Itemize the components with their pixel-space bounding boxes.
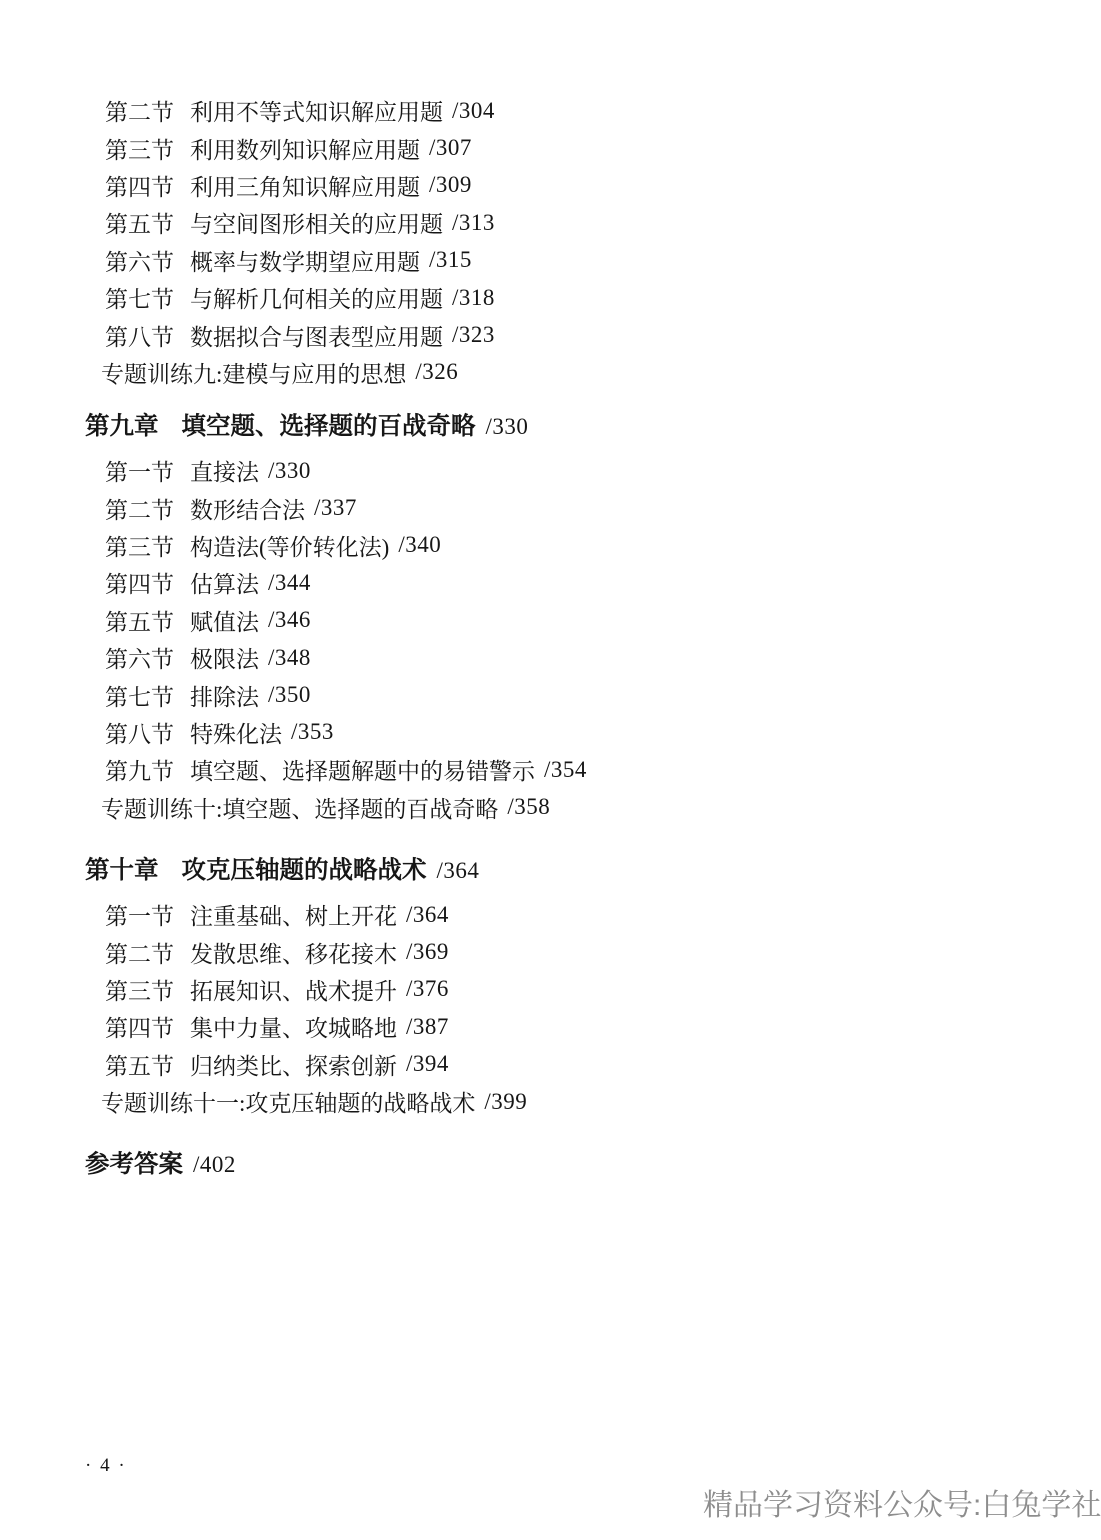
- toc-entry: 第二节 发散思维、移花接木 /369: [105, 933, 527, 970]
- section-title: 特殊化法: [190, 716, 282, 749]
- page-ref: /358: [507, 794, 550, 820]
- toc-entry: 第五节 归纳类比、探索创新 /394: [105, 1046, 527, 1083]
- section-number: 第三节: [105, 132, 175, 165]
- exercise-label: 专题训练十:填空题、选择题的百战奇略: [101, 791, 498, 824]
- toc-entry: 第三节 利用数列知识解应用题 /307: [105, 129, 495, 166]
- toc-entry: 第六节 极限法 /348: [105, 639, 587, 676]
- page-ref: /315: [429, 247, 472, 273]
- section-title: 数据拟合与图表型应用题: [190, 319, 443, 352]
- page-ref: /369: [406, 939, 449, 965]
- page-ref: /346: [268, 607, 311, 633]
- page-ref: /364: [437, 858, 480, 884]
- toc-entry: 第二节 利用不等式知识解应用题 /304: [105, 92, 495, 129]
- page-ref: /330: [268, 458, 311, 484]
- page-ref: /399: [484, 1089, 527, 1115]
- section-title: 数形结合法: [190, 492, 305, 525]
- chapter-number: 第九章: [85, 407, 159, 442]
- toc-entry: 第四节 利用三角知识解应用题 /309: [105, 167, 495, 204]
- section-title: 发散思维、移花接木: [190, 936, 397, 969]
- section-number: 第七节: [105, 281, 175, 314]
- toc-exercise-entry: 专题训练十:填空题、选择题的百战奇略 /358: [101, 789, 587, 826]
- section-number: 第八节: [105, 319, 175, 352]
- page-ref: /376: [406, 976, 449, 1002]
- toc-exercise-entry: 专题训练九:建模与应用的思想 /326: [101, 354, 495, 391]
- exercise-label: 专题训练十一:攻克压轴题的战略战术: [101, 1085, 475, 1118]
- section-title: 赋值法: [190, 604, 259, 637]
- exercise-label: 专题训练九:建模与应用的思想: [101, 356, 406, 389]
- toc-entry: 第七节 与解析几何相关的应用题 /318: [105, 279, 495, 316]
- section-number: 第一节: [105, 454, 175, 487]
- toc-entry: 第一节 直接法 /330: [105, 452, 587, 489]
- page-ref: /307: [429, 135, 472, 161]
- chapter-title: 填空题、选择题的百战奇略: [182, 407, 476, 442]
- toc-continued-sections: 第二节 利用不等式知识解应用题 /304 第三节 利用数列知识解应用题 /307…: [105, 92, 495, 391]
- chapter-title: 攻克压轴题的战略战术: [182, 851, 427, 886]
- section-number: 第九节: [105, 753, 175, 786]
- page-ref: /364: [406, 902, 449, 928]
- page-ref: /313: [452, 210, 495, 236]
- page-ref: /402: [193, 1152, 236, 1178]
- section-title: 集中力量、攻城略地: [190, 1010, 397, 1043]
- section-number: 第五节: [105, 604, 175, 637]
- section-title: 填空题、选择题解题中的易错警示: [190, 753, 535, 786]
- section-title: 构造法(等价转化法): [190, 529, 389, 562]
- section-number: 第三节: [105, 529, 175, 562]
- page-ref: /323: [452, 322, 495, 348]
- page-ref: /344: [268, 570, 311, 596]
- answers-label: 参考答案: [85, 1145, 183, 1180]
- section-number: 第二节: [105, 936, 175, 969]
- section-number: 第四节: [105, 566, 175, 599]
- footer-page-number: · 4 ·: [85, 1455, 127, 1477]
- section-title: 注重基础、树上开花: [190, 898, 397, 931]
- toc-entry: 第五节 赋值法 /346: [105, 602, 587, 639]
- section-number: 第四节: [105, 1010, 175, 1043]
- page-ref: /326: [415, 359, 458, 385]
- page-ref: /387: [406, 1014, 449, 1040]
- section-number: 第四节: [105, 169, 175, 202]
- section-title: 利用不等式知识解应用题: [190, 94, 443, 127]
- toc-chapter10-sections: 第一节 注重基础、树上开花 /364 第二节 发散思维、移花接木 /369 第三…: [105, 896, 527, 1120]
- toc-entry: 第五节 与空间图形相关的应用题 /313: [105, 204, 495, 241]
- section-title: 排除法: [190, 679, 259, 712]
- toc-exercise-entry: 专题训练十一:攻克压轴题的战略战术 /399: [101, 1083, 527, 1120]
- toc-entry: 第一节 注重基础、树上开花 /364: [105, 896, 527, 933]
- section-number: 第八节: [105, 716, 175, 749]
- chapter-heading-10: 第十章 攻克压轴题的战略战术 /364: [85, 851, 479, 886]
- page-ref: /340: [398, 532, 441, 558]
- page-ref: /318: [452, 285, 495, 311]
- toc-entry: 第三节 拓展知识、战术提升 /376: [105, 971, 527, 1008]
- section-number: 第七节: [105, 679, 175, 712]
- section-title: 利用数列知识解应用题: [190, 132, 420, 165]
- toc-entry: 第四节 集中力量、攻城略地 /387: [105, 1008, 527, 1045]
- section-title: 概率与数学期望应用题: [190, 244, 420, 277]
- toc-entry: 第八节 数据拟合与图表型应用题 /323: [105, 316, 495, 353]
- section-number: 第一节: [105, 898, 175, 931]
- section-number: 第二节: [105, 492, 175, 525]
- page-ref: /350: [268, 682, 311, 708]
- section-title: 与空间图形相关的应用题: [190, 206, 443, 239]
- section-title: 与解析几何相关的应用题: [190, 281, 443, 314]
- chapter-heading-9: 第九章 填空题、选择题的百战奇略 /330: [85, 407, 528, 442]
- page-ref: /348: [268, 645, 311, 671]
- section-title: 利用三角知识解应用题: [190, 169, 420, 202]
- section-title: 估算法: [190, 566, 259, 599]
- toc-entry: 第六节 概率与数学期望应用题 /315: [105, 242, 495, 279]
- toc-entry: 第四节 估算法 /344: [105, 564, 587, 601]
- toc-entry: 第七节 排除法 /350: [105, 676, 587, 713]
- toc-entry: 第二节 数形结合法 /337: [105, 489, 587, 526]
- section-number: 第二节: [105, 94, 175, 127]
- section-number: 第六节: [105, 244, 175, 277]
- section-title: 归纳类比、探索创新: [190, 1048, 397, 1081]
- toc-entry: 第三节 构造法(等价转化法) /340: [105, 527, 587, 564]
- page-ref: /337: [314, 495, 357, 521]
- toc-chapter9-sections: 第一节 直接法 /330 第二节 数形结合法 /337 第三节 构造法(等价转化…: [105, 452, 587, 826]
- section-title: 直接法: [190, 454, 259, 487]
- section-number: 第三节: [105, 973, 175, 1006]
- page-ref: /304: [452, 98, 495, 124]
- section-title: 极限法: [190, 641, 259, 674]
- page-ref: /309: [429, 172, 472, 198]
- section-number: 第六节: [105, 641, 175, 674]
- section-title: 拓展知识、战术提升: [190, 973, 397, 1006]
- toc-entry: 第八节 特殊化法 /353: [105, 714, 587, 751]
- answers-heading: 参考答案 /402: [85, 1145, 236, 1180]
- toc-entry: 第九节 填空题、选择题解题中的易错警示 /354: [105, 751, 587, 788]
- section-number: 第五节: [105, 1048, 175, 1081]
- page-ref: /354: [544, 757, 587, 783]
- chapter-number: 第十章: [85, 851, 159, 886]
- watermark-text: 精品学习资料公众号:白兔学社: [703, 1480, 1101, 1524]
- page-ref: /330: [486, 414, 529, 440]
- page-ref: /353: [291, 719, 334, 745]
- section-number: 第五节: [105, 206, 175, 239]
- page-ref: /394: [406, 1051, 449, 1077]
